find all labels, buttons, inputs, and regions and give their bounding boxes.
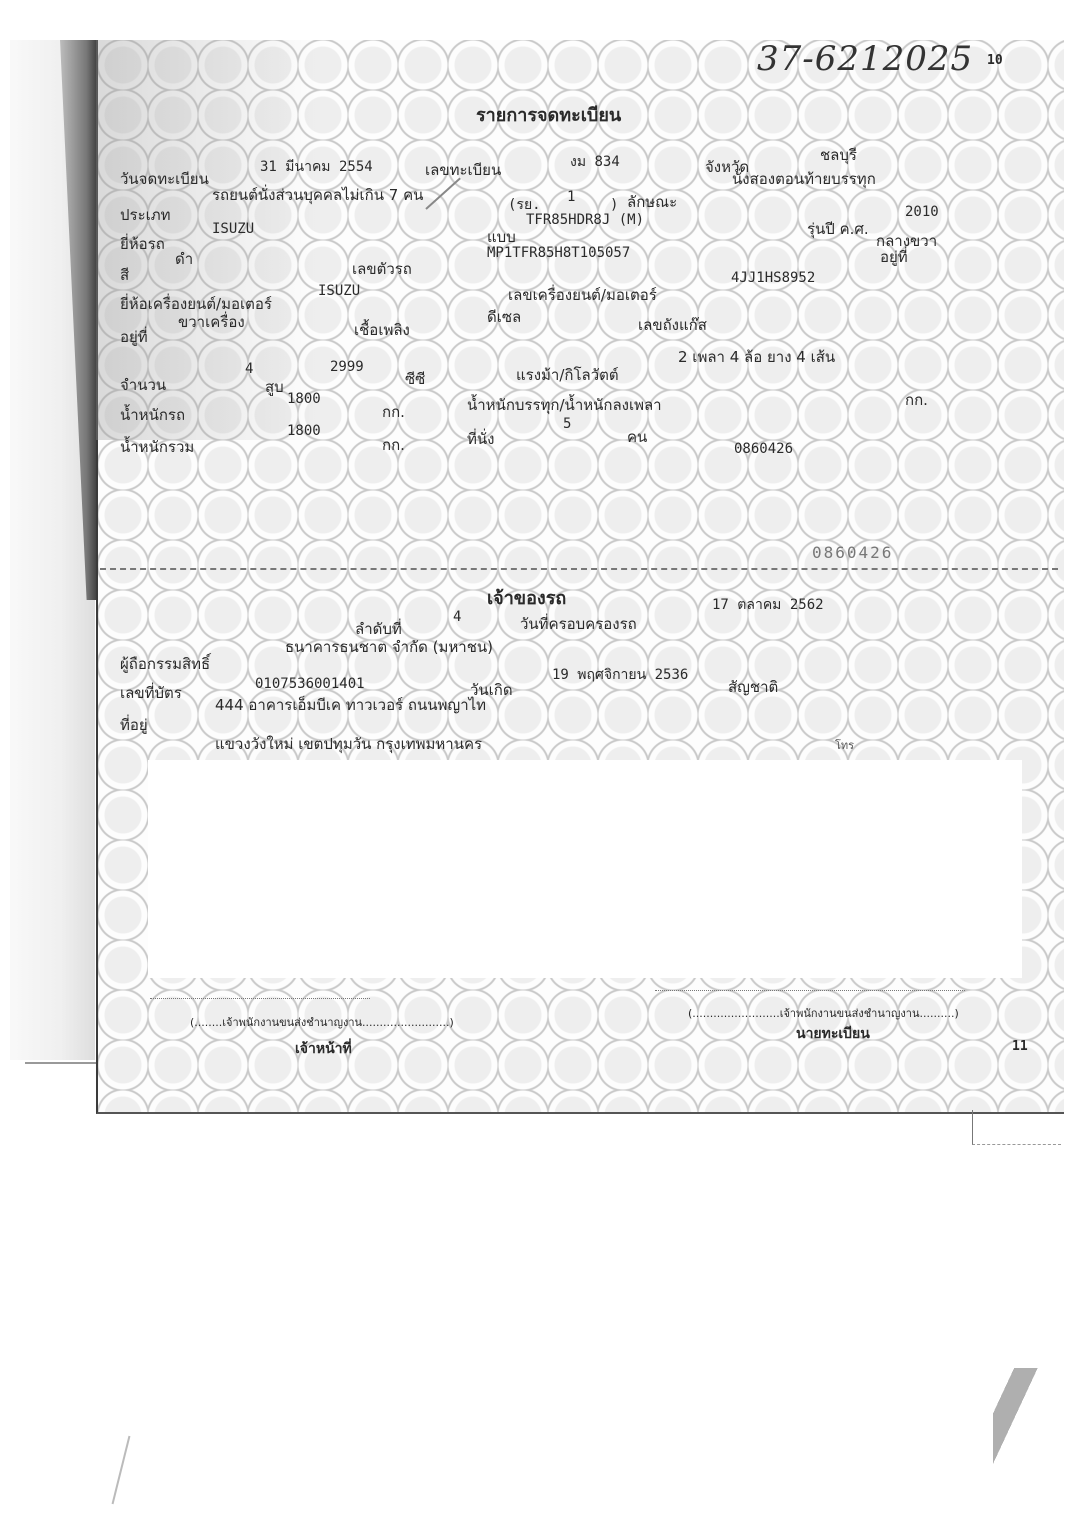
label-phone-partial: โทร <box>835 740 854 751</box>
label-count: จำนวน <box>120 378 166 393</box>
label-sequence: ลำดับที่ <box>355 622 402 637</box>
label-character: ลักษณะ <box>627 195 677 210</box>
label-rs-close: ) <box>610 198 618 212</box>
value-vehicle-weight: 1800 <box>287 392 321 406</box>
value-serial: 0860426 <box>734 442 793 456</box>
value-cylinders: 4 <box>245 362 253 376</box>
page-number-bottom: 11 <box>1012 1040 1028 1053</box>
label-rs-open: (รย. <box>508 198 541 212</box>
label-model-year: รุ่นปี ค.ศ. <box>807 222 869 237</box>
value-possession-date: 17 ตลาคม 2562 <box>712 598 824 612</box>
value-sequence: 4 <box>453 610 461 624</box>
value-id-no: 0107536001401 <box>255 677 365 691</box>
value-engine-no: 4JJ1HS8952 <box>731 271 815 285</box>
value-rs-code: 1 <box>567 190 575 204</box>
value-total-weight: 1800 <box>287 424 321 438</box>
label-cylinders-unit: สูบ <box>265 380 284 395</box>
owner-heading: เจ้าของรถ <box>487 590 566 608</box>
value-chassis-no: MP1TFR85H8T105057 <box>487 246 630 260</box>
signature-line-left <box>150 998 370 999</box>
label-model: แบบ <box>487 230 516 245</box>
label-chassis-location: อยู่ที่ <box>880 250 908 265</box>
signature-title-left: เจ้าหน้าที่ <box>295 1042 352 1056</box>
perforation-line <box>100 568 1058 570</box>
label-color: สี <box>120 268 129 283</box>
value-character: นั่งสองตอนท้ายบรรทุก <box>732 172 876 187</box>
label-id-no: เลขที่บัตร <box>120 686 182 701</box>
label-total-weight: น้ำหนักรวม <box>120 440 194 455</box>
label-fuel: เชื้อเพลิง <box>354 323 410 338</box>
label-kg-3: กก. <box>382 438 405 453</box>
signature-title-right: นายทะเบียน <box>796 1027 870 1041</box>
signature-name-left: (........เจ้าพนักงานขนส่งชำนาญงาน.......… <box>190 1017 454 1028</box>
faded-serial: 0860426 <box>812 545 893 561</box>
redacted-area <box>148 760 1022 978</box>
label-kg-1: กก. <box>382 405 405 420</box>
value-province: ชลบุรี <box>820 148 857 163</box>
label-type: ประเภท <box>120 208 171 223</box>
label-chassis-no: เลขตัวรถ <box>352 262 412 277</box>
value-address-line1: 444 อาคารเอ็มบีเค ทาวเวอร์ ถนนพญาไท <box>215 698 486 713</box>
scan-artifact-line <box>25 1062 97 1064</box>
value-type: รถยนต์นั่งส่วนบุคคลไม่เกิน 7 คน <box>212 188 423 203</box>
scan-artifact-mark <box>112 1436 131 1504</box>
label-seats: ที่นั่ง <box>467 432 494 447</box>
label-address: ที่อยู่ <box>120 718 148 733</box>
value-cc: 2999 <box>330 360 364 374</box>
label-reg-date: วันจดทะเบียน <box>120 172 209 187</box>
scan-artifact-box <box>972 1110 1061 1145</box>
value-axles-wheels: 2 เพลา 4 ล้อ ยาง 4 เส้น <box>678 350 835 365</box>
value-engine-location: ขวาเครื่อง <box>178 315 245 330</box>
label-gas-tank-no: เลขถังแก๊ส <box>638 318 707 333</box>
value-fuel: ดีเซล <box>487 310 521 325</box>
label-engine-no: เลขเครื่องยนต์/มอเตอร์ <box>508 288 657 303</box>
signature-line-right <box>655 990 965 991</box>
label-load-weight: น้ำหนักบรรทุก/น้ำหนักลงเพลา <box>467 398 662 413</box>
value-reg-date: 31 มีนาคม 2554 <box>260 160 373 174</box>
value-chassis-location: กลางขวา <box>876 234 937 249</box>
value-birth-date: 19 พฤศจิกายน 2536 <box>552 668 688 682</box>
value-seats: 5 <box>563 417 571 431</box>
label-holder: ผู้ถือกรรมสิทธิ์ <box>120 657 210 672</box>
value-brand: ISUZU <box>212 222 254 236</box>
signature-name-right: (.........................เจ้าพนักงานขนส… <box>688 1008 959 1019</box>
registration-heading: รายการจดทะเบียน <box>476 107 621 125</box>
label-engine-brand: ยี่ห้อเครื่องยนต์/มอเตอร์ <box>120 297 272 312</box>
page-number-top: 10 <box>987 54 1003 67</box>
label-plate-no: เลขทะเบียน <box>425 163 501 178</box>
label-vehicle-weight: น้ำหนักรถ <box>120 408 185 423</box>
value-model-year: 2010 <box>905 205 939 219</box>
label-horsepower: แรงม้า/กิโลวัตต์ <box>516 368 619 383</box>
value-engine-brand: ISUZU <box>318 284 360 298</box>
scan-artifact-stamp <box>993 1368 1065 1466</box>
value-address-line2: แขวงวังใหม่ เขตปทุมวัน กรุงเทพมหานคร <box>215 737 482 752</box>
label-brand: ยี่ห้อรถ <box>120 237 165 252</box>
handwritten-reference: 37-6212025 <box>757 42 973 76</box>
label-nationality: สัญชาติ <box>728 680 778 695</box>
value-holder: ธนาคารธนชาต จำกัด (มหาชน) <box>285 640 493 655</box>
label-engine-location: อยู่ที่ <box>120 330 148 345</box>
label-cc-unit: ซีซี <box>405 372 425 387</box>
value-plate-no: งม 834 <box>570 155 620 169</box>
label-kg-2: กก. <box>905 393 928 408</box>
label-persons-unit: คน <box>627 430 647 445</box>
label-possession-date: วันที่ครอบครองรถ <box>520 617 637 632</box>
value-model: TFR85HDR8J (M) <box>526 213 644 227</box>
value-color: ดำ <box>175 252 193 267</box>
